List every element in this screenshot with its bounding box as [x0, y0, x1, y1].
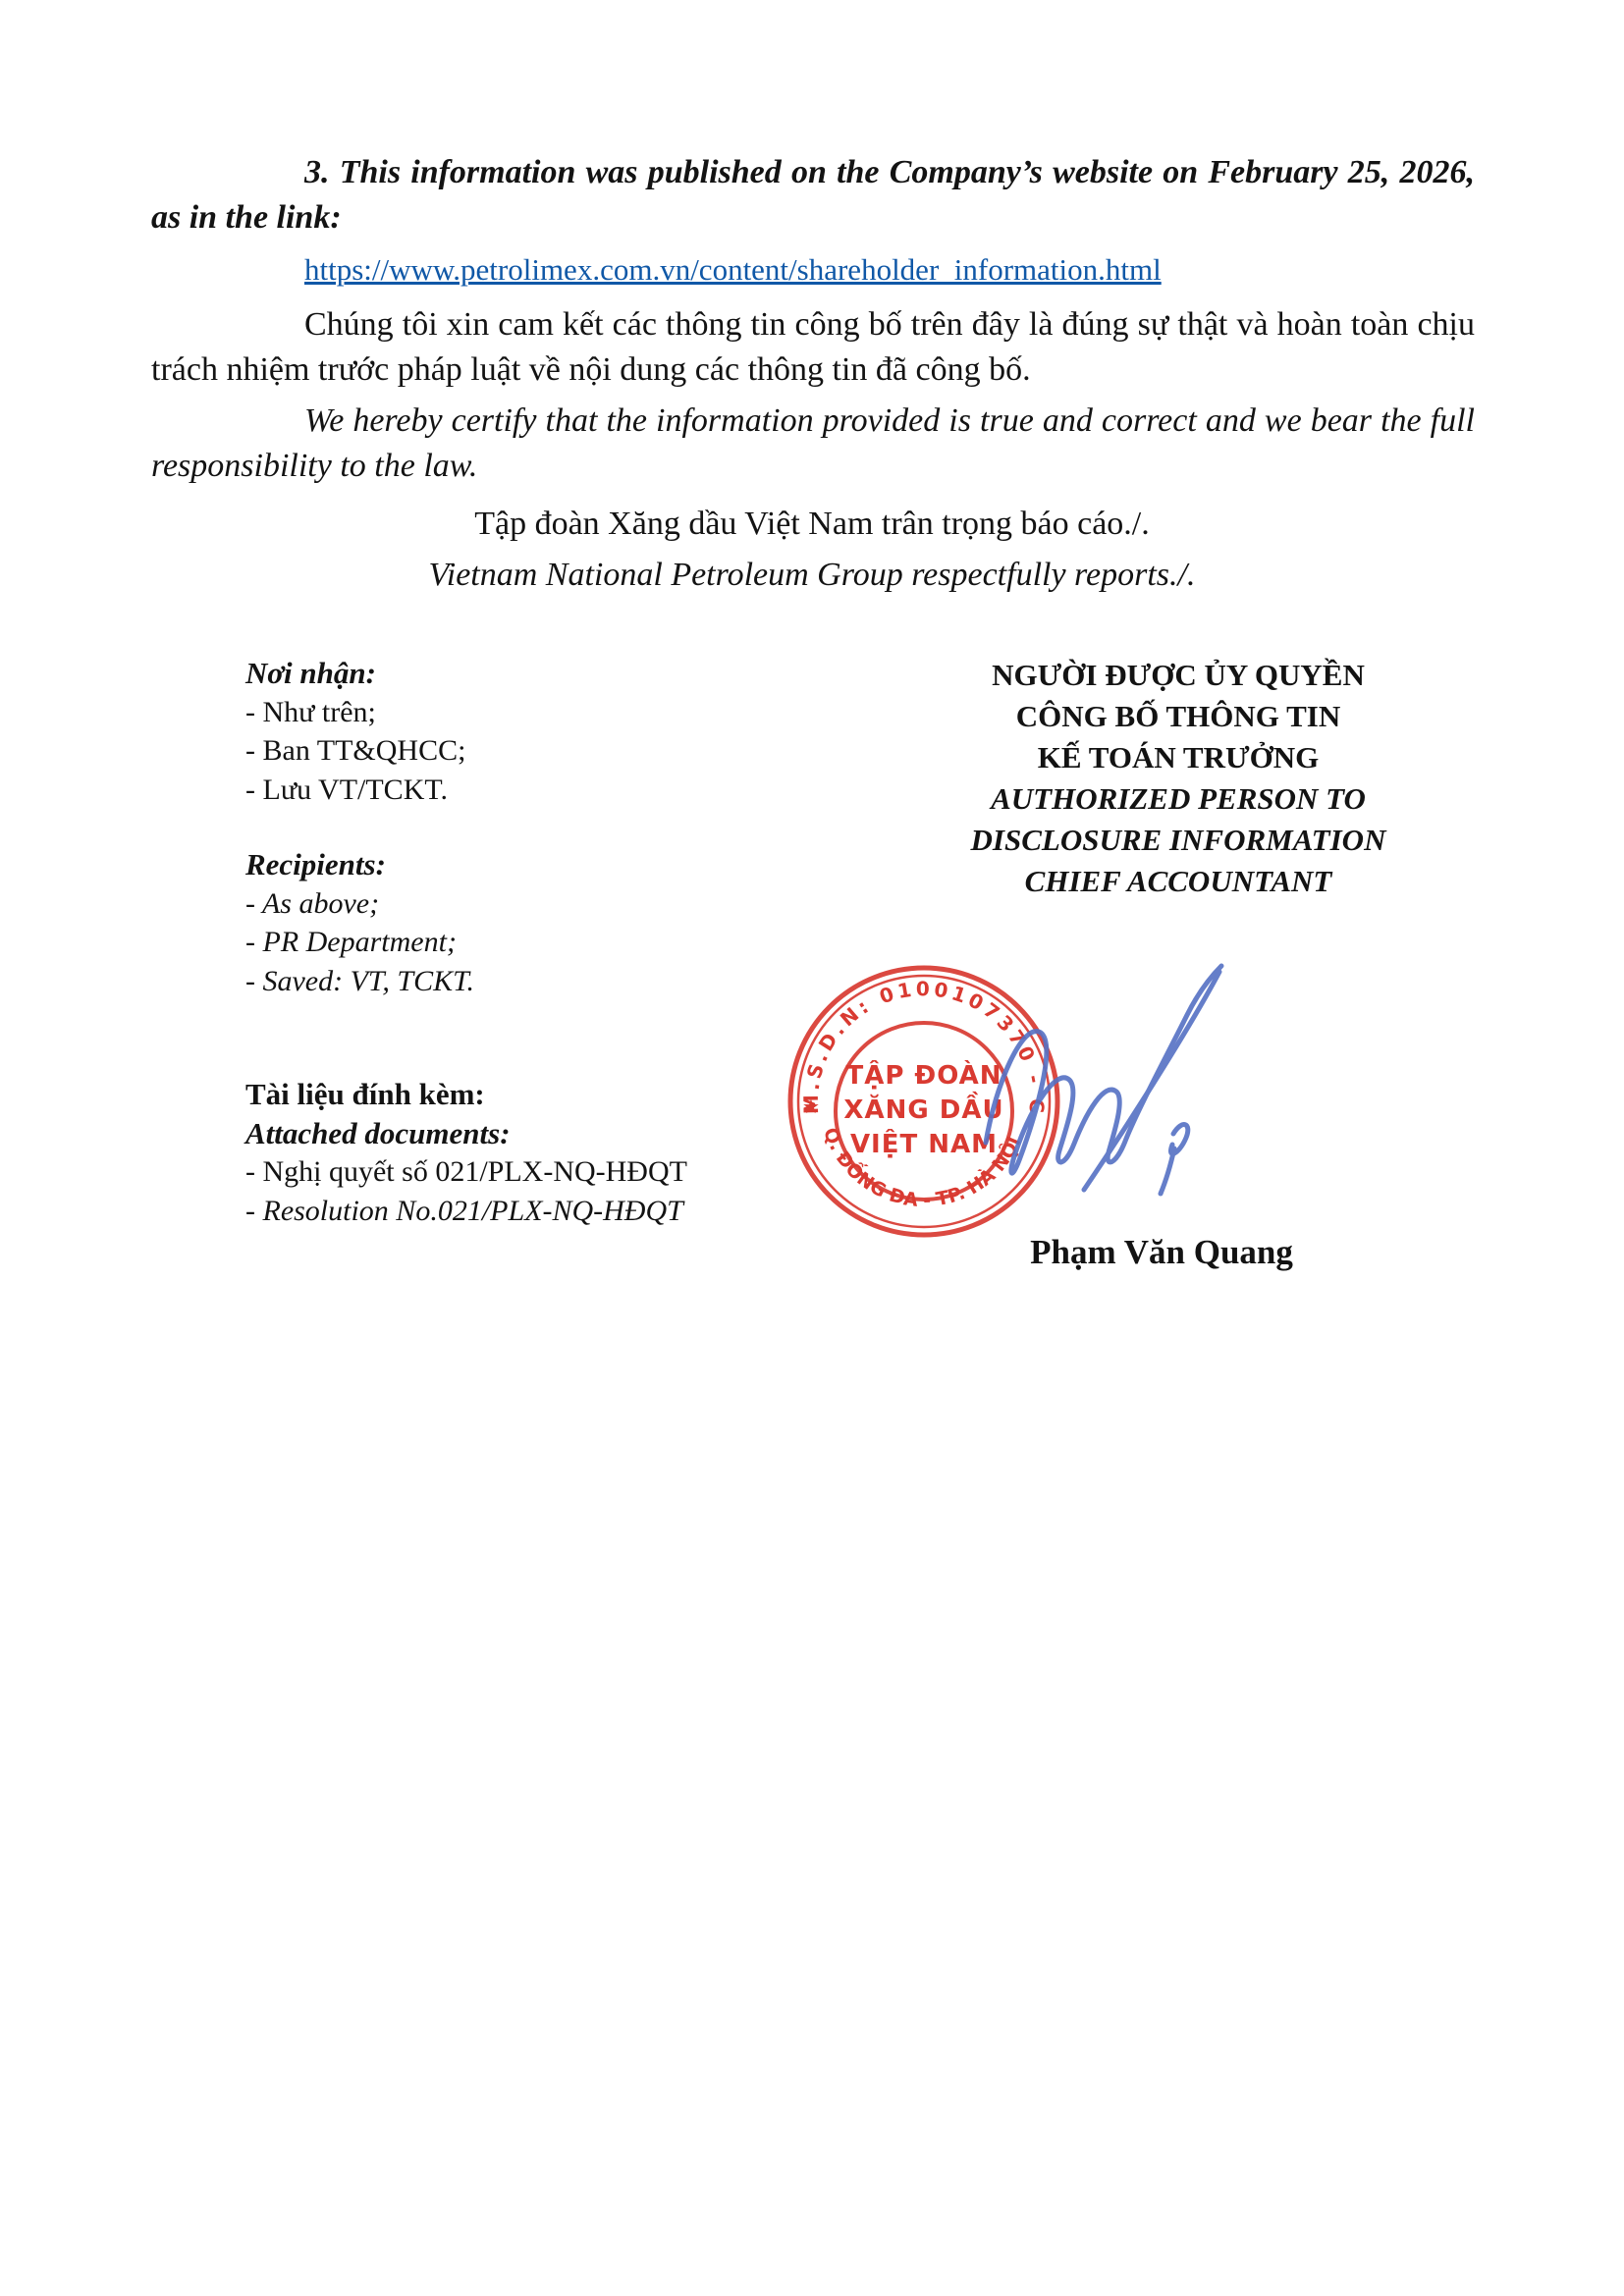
commitment-paragraph-en: We hereby certify that the information p…: [151, 399, 1475, 489]
recipients-heading-vi: Nơi nhận:: [245, 654, 465, 693]
recipient-item: - Saved: VT, TCKT.: [245, 962, 474, 1001]
signature-icon: [970, 940, 1257, 1219]
shareholder-information-link[interactable]: https://www.petrolimex.com.vn/content/sh…: [304, 252, 1162, 287]
attachments-block: Tài liệu đính kèm: Attached documents: -…: [245, 1075, 687, 1230]
signatory-title-en: DISCLOSURE INFORMATION: [874, 820, 1483, 861]
recipients-block-vi: Nơi nhận: - Như trên; - Ban TT&QHCC; - L…: [245, 654, 465, 809]
signatory-title-en: CHIEF ACCOUNTANT: [874, 861, 1483, 902]
stamp-star-icon: ★: [802, 1095, 820, 1118]
signatory-title-vi: CÔNG BỐ THÔNG TIN: [874, 696, 1483, 737]
signature-handwriting: [970, 940, 1257, 1219]
attachments-heading-en: Attached documents:: [245, 1114, 687, 1153]
report-line-vi: Tập đoàn Xăng dầu Việt Nam trân trọng bá…: [0, 502, 1624, 547]
report-line-en: Vietnam National Petroleum Group respect…: [0, 553, 1624, 598]
published-info-paragraph: 3. This information was published on the…: [151, 150, 1475, 240]
recipient-item: - Ban TT&QHCC;: [245, 731, 465, 771]
signatory-title-vi: KẾ TOÁN TRƯỞNG: [874, 737, 1483, 778]
document-page: 3. This information was published on the…: [0, 0, 1624, 2296]
recipient-item: - Như trên;: [245, 693, 465, 732]
recipient-item: - Lưu VT/TCKT.: [245, 771, 465, 810]
recipient-item: - PR Department;: [245, 923, 474, 962]
signatory-title-vi: NGƯỜI ĐƯỢC ỦY QUYỀN: [874, 655, 1483, 696]
signatory-title-en: AUTHORIZED PERSON TO: [874, 778, 1483, 820]
attachment-item-en: - Resolution No.021/PLX-NQ-HĐQT: [245, 1192, 687, 1231]
attachment-item-vi: - Nghị quyết số 021/PLX-NQ-HĐQT: [245, 1152, 687, 1192]
signer-name: Phạm Văn Quang: [867, 1231, 1456, 1274]
recipient-item: - As above;: [245, 884, 474, 924]
recipients-block-en: Recipients: - As above; - PR Department;…: [245, 845, 474, 1000]
link-line: https://www.petrolimex.com.vn/content/sh…: [304, 249, 1162, 291]
attachments-heading-vi: Tài liệu đính kèm:: [245, 1075, 687, 1114]
commitment-paragraph-vi: Chúng tôi xin cam kết các thông tin công…: [151, 302, 1475, 393]
recipients-heading-en: Recipients:: [245, 845, 474, 884]
signatory-title-block: NGƯỜI ĐƯỢC ỦY QUYỀN CÔNG BỐ THÔNG TIN KẾ…: [874, 655, 1483, 902]
